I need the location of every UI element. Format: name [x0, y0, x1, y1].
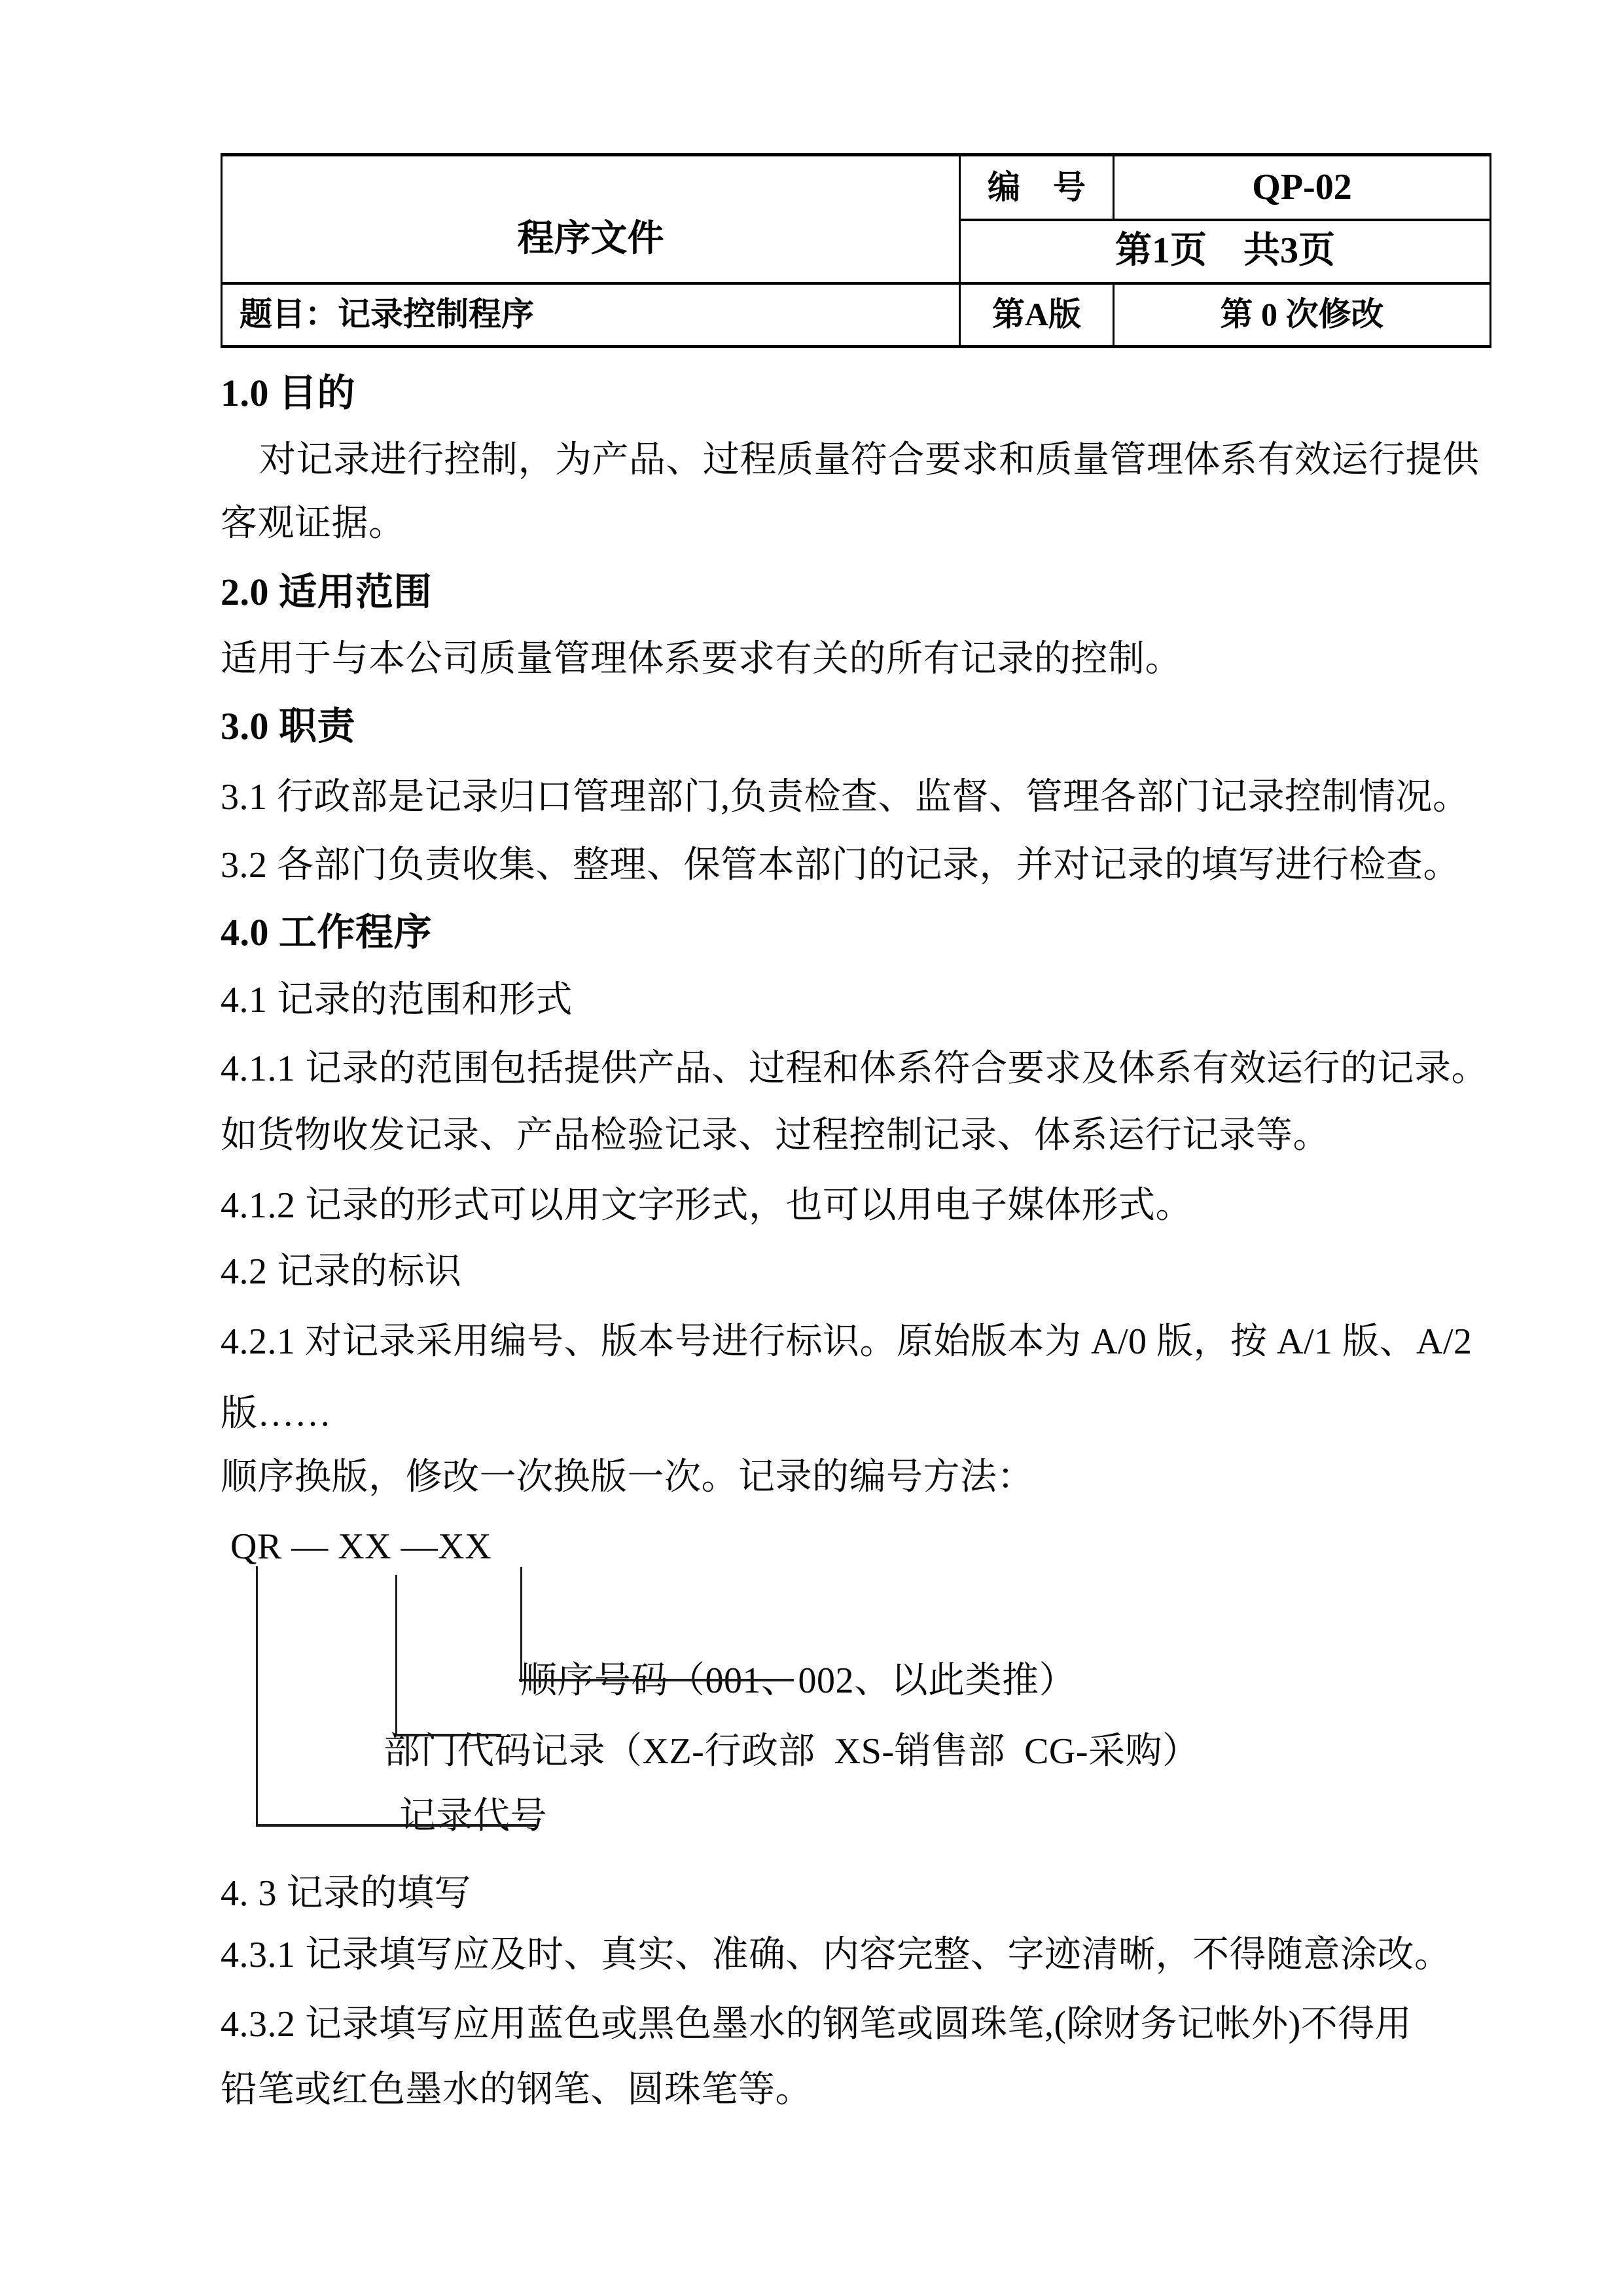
- para-3-2: 3.2 各部门负责收集、整理、保管本部门的记录，并对记录的填写进行检查。: [221, 845, 1460, 886]
- table-divider-row2: [221, 282, 1491, 285]
- leader-line-recordcode-strike: [256, 1824, 536, 1827]
- para-3-1: 3.1 行政部是记录归口管理部门,负责检查、监督、管理各部门记录控制情况。: [221, 777, 1470, 817]
- para-4-1-1-line1: 4.1.1 记录的范围包括提供产品、过程和体系符合要求及体系有效运行的记录。: [221, 1049, 1488, 1089]
- doc-title-cell: 题目：记录控制程序: [223, 295, 959, 333]
- leader-line-department-foot: [395, 1734, 501, 1736]
- label-record-symbol: 记录代号: [399, 1796, 547, 1837]
- para-4-3-2-line1: 4.3.2 记录填写应用蓝色或黑色墨水的钢笔或圆珠笔,(除财务记帐外)不得用: [221, 2004, 1412, 2045]
- page-info-cell: 第1页 共3页: [961, 232, 1489, 270]
- para-4-2: 4.2 记录的标识: [221, 1251, 462, 1292]
- para-4-2-1-line2: 版……: [221, 1393, 332, 1434]
- record-code-format: QR — XX —XX: [230, 1526, 491, 1567]
- para-4-3: 4. 3 记录的填写: [221, 1873, 471, 1914]
- para-scope: 适用于与本公司质量管理体系要求有关的所有记录的控制。: [221, 639, 1182, 679]
- revision-cell: 第 0 次修改: [1115, 295, 1489, 333]
- version-cell: 第A版: [961, 295, 1113, 333]
- leader-line-department-vertical: [395, 1575, 397, 1736]
- para-4-3-2-line2: 铅笔或红色墨水的钢笔、圆珠笔等。: [221, 2070, 812, 2110]
- leader-line-sequence-vertical: [520, 1567, 522, 1682]
- para-4-2-1-line3: 顺序换版，修改一次换版一次。记录的编号方法：: [221, 1457, 1034, 1498]
- table-border-bottom: [221, 345, 1491, 348]
- para-4-1-1-line2: 如货物收发记录、产品检验记录、过程控制记录、体系运行记录等。: [221, 1115, 1330, 1156]
- header-table: 程序文件 编 号 QP-02 第1页 共3页 题目：记录控制程序 第A版 第 0…: [221, 153, 1491, 348]
- table-divider-row1: [959, 219, 1491, 221]
- table-border-top: [221, 153, 1491, 156]
- code-label-cell: 编 号: [961, 168, 1113, 206]
- doc-type-cell: 程序文件: [223, 220, 959, 258]
- heading-scope: 2.0 适用范围: [221, 572, 432, 613]
- code-value-cell: QP-02: [1115, 168, 1489, 206]
- leader-line-recordcode-vertical: [256, 1566, 258, 1827]
- para-4-1-2: 4.1.2 记录的形式可以用文字形式，也可以用电子媒体形式。: [221, 1185, 1192, 1226]
- para-4-1: 4.1 记录的范围和形式: [221, 980, 573, 1020]
- para-4-3-1: 4.3.1 记录填写应及时、真实、准确、内容完整、字迹清晰，不得随意涂改。: [221, 1935, 1452, 1975]
- para-purpose-line1: 对记录进行控制，为产品、过程质量符合要求和质量管理体系有效运行提供: [259, 440, 1480, 480]
- leader-line-sequence-strike: [519, 1679, 794, 1681]
- heading-procedure: 4.0 工作程序: [221, 912, 432, 953]
- para-4-2-1-line1: 4.2.1 对记录采用编号、版本号进行标识。原始版本为 A/0 版，按 A/1 …: [221, 1321, 1472, 1362]
- heading-purpose: 1.0 目的: [221, 373, 355, 414]
- document-page: 程序文件 编 号 QP-02 第1页 共3页 题目：记录控制程序 第A版 第 0…: [0, 0, 1623, 2296]
- table-border-right: [1489, 153, 1491, 348]
- para-purpose-line2: 客观证据。: [221, 503, 406, 544]
- heading-responsibility: 3.0 职责: [221, 706, 355, 747]
- label-department-code: 部门代码记录（XZ-行政部 XS-销售部 CG-采购）: [383, 1731, 1199, 1772]
